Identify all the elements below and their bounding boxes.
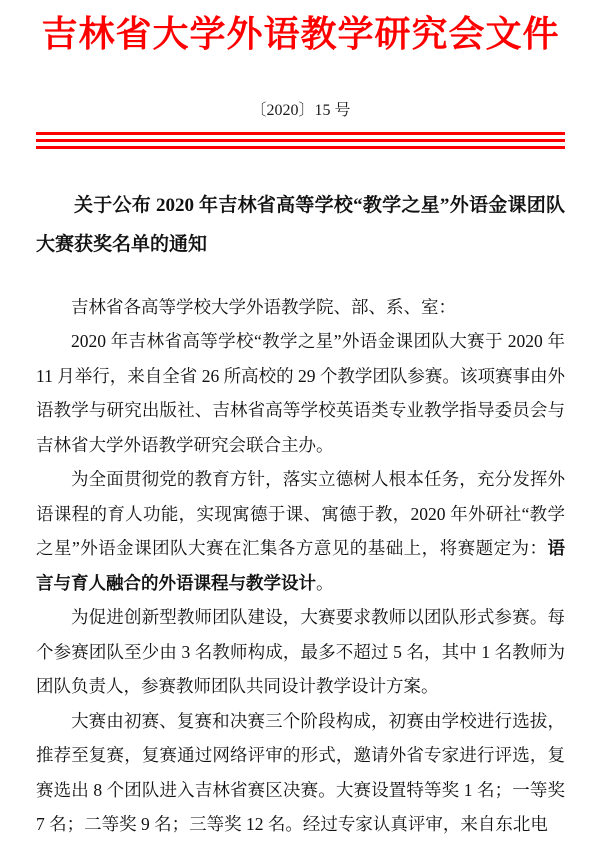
red-rule-bottom bbox=[36, 146, 565, 149]
official-document-page: 吉林省大学外语教学研究会文件 〔2020〕15 号 关于公布 2020 年吉林省… bbox=[0, 0, 596, 841]
header-separator-rules bbox=[36, 132, 565, 149]
theme-paragraph-prefix: 为全面贯彻党的教育方针，落实立德树人根本任务，充分发挥外语课程的育人功能，实现寓… bbox=[36, 469, 565, 558]
paragraph-competition-overview: 2020 年吉林省高等学校“教学之星”外语金课团队大赛于 2020 年 11 月… bbox=[36, 324, 565, 462]
red-rule-middle bbox=[36, 139, 565, 142]
salutation-line: 吉林省各高等学校大学外语教学院、部、系、室： bbox=[36, 290, 565, 325]
paragraph-stages-and-awards: 大赛由初赛、复赛和决赛三个阶段构成，初赛由学校进行选拔，推荐至复赛，复赛通过网络… bbox=[36, 704, 565, 841]
paragraph-competition-theme: 为全面贯彻党的教育方针，落实立德树人根本任务，充分发挥外语课程的育人功能，实现寓… bbox=[36, 462, 565, 600]
document-header-title: 吉林省大学外语教学研究会文件 bbox=[36, 10, 565, 58]
paragraph-team-requirements: 为促进创新型教师团队建设，大赛要求教师以团队形式参赛。每个参赛团队至少由 3 名… bbox=[36, 600, 565, 704]
subject-heading: 关于公布 2020 年吉林省高等学校“教学之星”外语金课团队大赛获奖名单的通知 bbox=[36, 186, 565, 264]
document-body: 吉林省各高等学校大学外语教学院、部、系、室： 2020 年吉林省高等学校“教学之… bbox=[36, 290, 565, 841]
theme-paragraph-suffix: 。 bbox=[316, 573, 334, 593]
document-number: 〔2020〕15 号 bbox=[36, 100, 565, 122]
red-rule-top bbox=[36, 132, 565, 135]
